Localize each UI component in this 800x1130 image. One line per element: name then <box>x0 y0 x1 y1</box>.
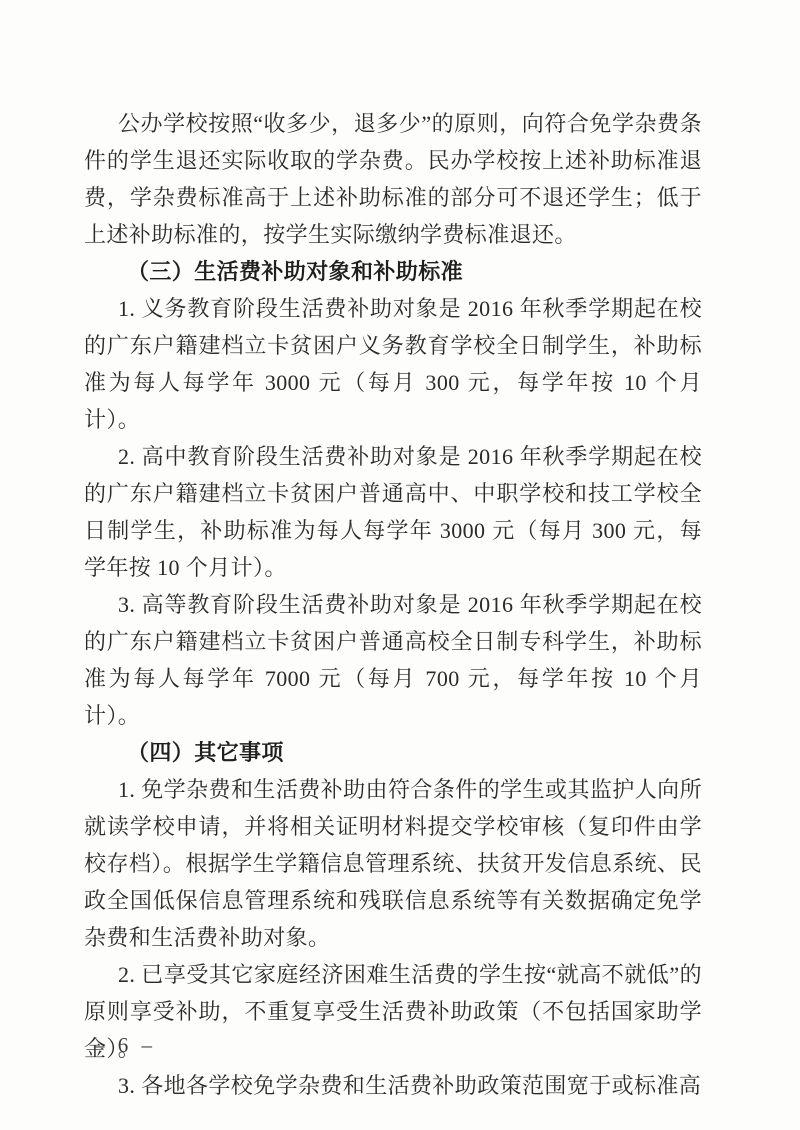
paragraph-item-2-no-duplicate-subsidy: 2. 已享受其它家庭经济困难生活费的学生按“就高不就低”的原则享受补助，不重复享… <box>84 956 702 1067</box>
document-page: 公办学校按照“收多少，退多少”的原则，向符合免学杂费条件的学生退还实际收取的学杂… <box>0 0 800 1130</box>
page-number: – 6 – <box>94 1030 156 1060</box>
paragraph-item-1-compulsory-education: 1. 义务教育阶段生活费补助对象是 2016 年秋季学期起在校的广东户籍建档立卡… <box>84 290 702 438</box>
paragraph-item-1-application-review: 1. 免学杂费和生活费补助由符合条件的学生或其监护人向所就读学校申请，并将相关证… <box>84 771 702 956</box>
document-body: 公办学校按照“收多少，退多少”的原则，向符合免学杂费条件的学生退还实际收取的学杂… <box>84 105 702 1104</box>
paragraph-refund-policy: 公办学校按照“收多少，退多少”的原则，向符合免学杂费条件的学生退还实际收取的学杂… <box>84 105 702 253</box>
paragraph-item-3-local-policy-partial: 3. 各地各学校免学杂费和生活费补助政策范围宽于或标准高 <box>84 1067 702 1104</box>
paragraph-item-3-higher-education: 3. 高等教育阶段生活费补助对象是 2016 年秋季学期起在校的广东户籍建档立卡… <box>84 586 702 734</box>
paragraph-item-2-high-school: 2. 高中教育阶段生活费补助对象是 2016 年秋季学期起在校的广东户籍建档立卡… <box>84 438 702 586</box>
heading-section-three-living-allowance: （三）生活费补助对象和补助标准 <box>84 253 702 290</box>
heading-section-four-other-matters: （四）其它事项 <box>84 734 702 771</box>
